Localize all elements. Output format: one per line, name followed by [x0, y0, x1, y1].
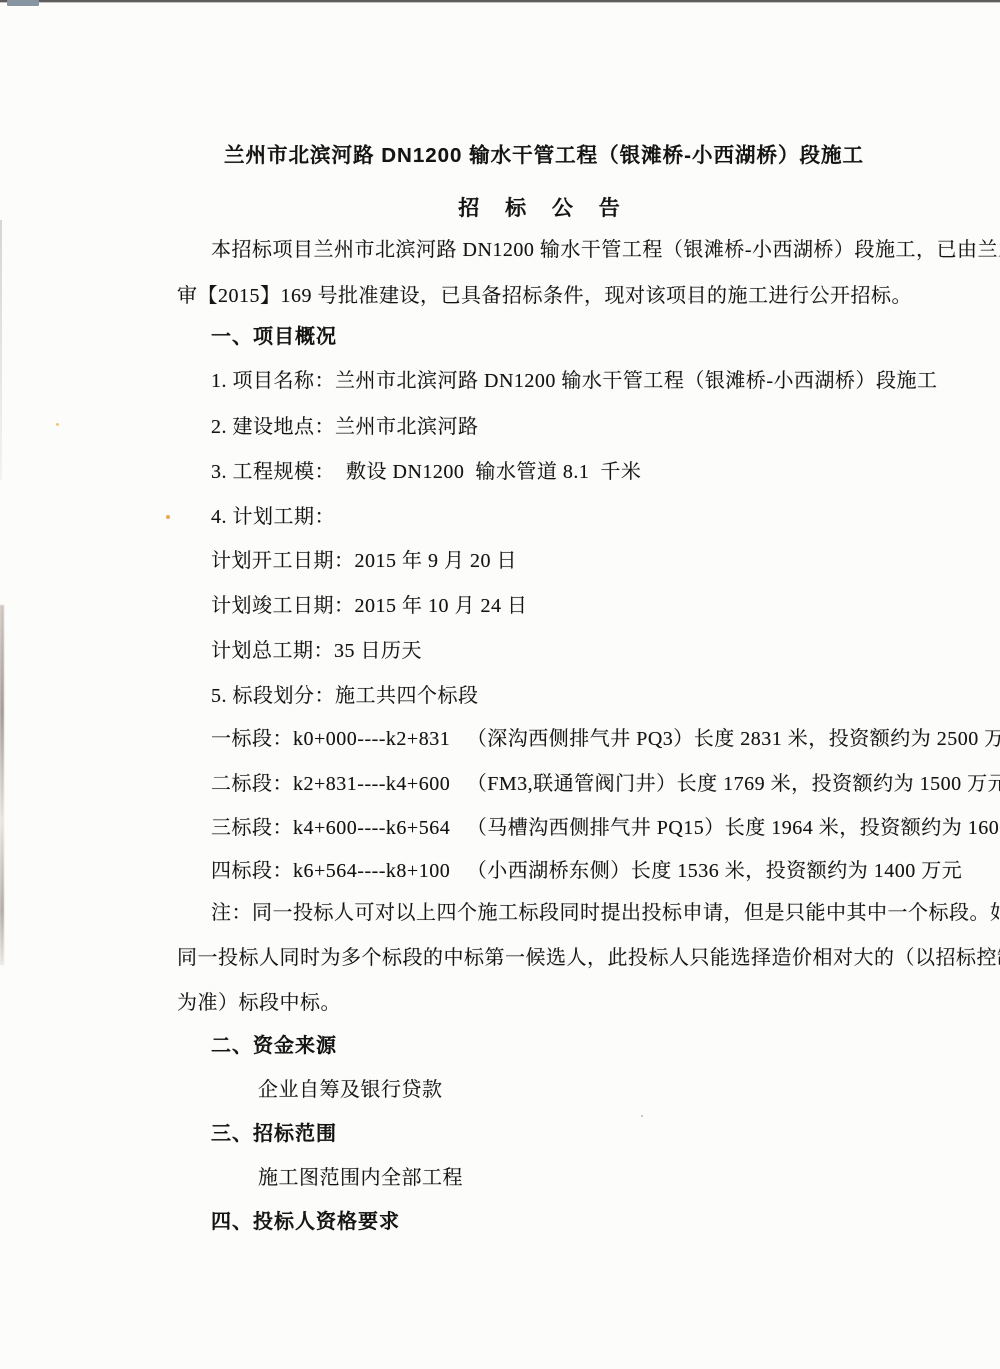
schedule-start-date: 计划开工日期：2015 年 9 月 20 日 [211, 549, 517, 573]
schedule-duration: 计划总工期：35 日历天 [211, 639, 422, 663]
section-1-heading: 一、项目概况 [211, 325, 337, 349]
item-location: 2. 建设地点：兰州市北滨河路 [211, 415, 479, 439]
intro-line-1: 本招标项目兰州市北滨河路 DN1200 输水干管工程（银滩桥-小西湖桥）段施工，… [211, 238, 1000, 262]
section-2-heading: 二、资金来源 [211, 1034, 337, 1058]
scan-speck-orange [166, 515, 170, 519]
bid-scope: 施工图范围内全部工程 [258, 1166, 463, 1190]
note-line-3: 为准）标段中标。 [177, 991, 341, 1015]
item-project-name: 1. 项目名称：兰州市北滨河路 DN1200 输水干管工程（银滩桥-小西湖桥）段… [211, 369, 938, 393]
scan-top-edge-line [0, 0, 1000, 2]
bid-section-2: 二标段：k2+831----k4+600 （FM3,联通管阀门井）长度 1769… [211, 772, 1000, 796]
note-line-1: 注：同一投标人可对以上四个施工标段同时提出投标申请，但是只能中其中一个标段。如果 [211, 901, 1000, 925]
note-line-2: 同一投标人同时为多个标段的中标第一候选人，此投标人只能选择造价相对大的（以招标控… [177, 946, 1000, 970]
document-subtitle: 招 标 公 告 [170, 197, 918, 221]
scan-speck [641, 1115, 643, 1117]
scan-left-smudge [0, 605, 4, 965]
section-4-heading: 四、投标人资格要求 [211, 1210, 400, 1234]
funding-source: 企业自筹及银行贷款 [258, 1078, 443, 1102]
scanned-document-page: 兰州市北滨河路 DN1200 输水干管工程（银滩桥-小西湖桥）段施工 招 标 公… [0, 0, 1000, 1369]
item-sections-label: 5. 标段划分：施工共四个标段 [211, 684, 479, 708]
bid-section-4: 四标段：k6+564----k8+100 （小西湖桥东侧）长度 1536 米，投… [211, 859, 962, 883]
item-schedule-label: 4. 计划工期： [211, 505, 335, 529]
bid-section-3: 三标段：k4+600----k6+564 （马槽沟西侧排气井 PQ15）长度 1… [211, 816, 1000, 840]
section-3-heading: 三、招标范围 [211, 1122, 337, 1146]
scan-speck-orange-2 [56, 423, 59, 426]
scan-left-smudge-upper [0, 220, 2, 480]
scan-top-edge-shadow [0, 2, 1000, 3]
intro-line-2: 审【2015】169 号批准建设，已具备招标条件，现对该项目的施工进行公开招标。 [177, 284, 912, 308]
item-scale: 3. 工程规模： 敷设 DN1200 输水管道 8.1 千米 [211, 460, 641, 484]
bid-section-1: 一标段：k0+000----k2+831 （深沟西侧排气井 PQ3）长度 283… [211, 727, 1000, 751]
schedule-end-date: 计划竣工日期：2015 年 10 月 24 日 [211, 594, 528, 618]
scan-corner-mark [7, 0, 39, 6]
document-title: 兰州市北滨河路 DN1200 输水干管工程（银滩桥-小西湖桥）段施工 [170, 144, 918, 168]
